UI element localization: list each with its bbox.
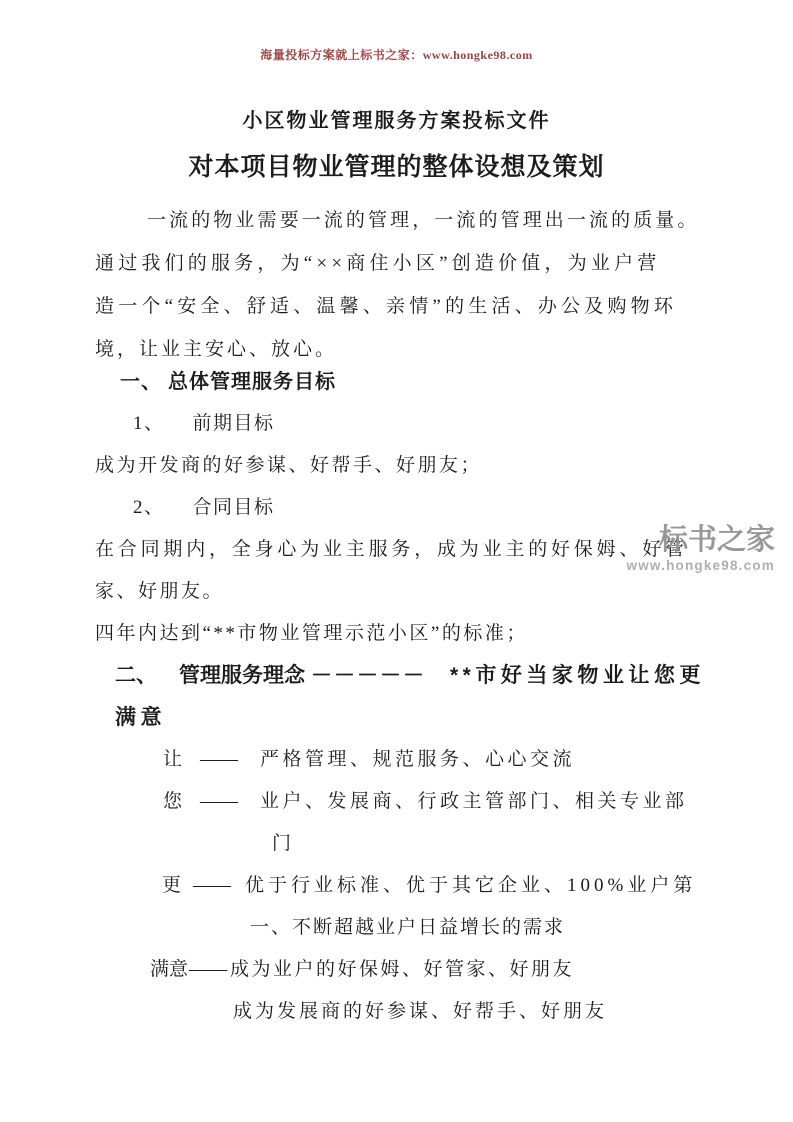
intro-line: 通过我们的服务，为“××商住小区”创造价值，为业户营 (95, 242, 707, 285)
watermark-url: www.hongke98.com (627, 557, 775, 574)
section1-sub2-heading: 2、合同目标 (95, 487, 707, 529)
term-dash: —— (189, 959, 227, 980)
sub2-number: 2、 (133, 497, 165, 518)
section1-heading-text: 总体管理服务目标 (168, 371, 336, 393)
sub2-extra-line: 四年内达到“**市物业管理示范小区”的标准； (95, 613, 707, 655)
sub1-body: 成为开发商的好参谋、好帮手、好朋友； (95, 445, 707, 487)
header-note: 海量投标方案就上标书之家：www.hongke98.com (0, 46, 793, 63)
term-label: 满意 (150, 959, 188, 980)
body-content: 一、总体管理服务目标 1、前期目标 成为开发商的好参谋、好帮手、好朋友； 2、合… (95, 361, 707, 1033)
term-definition: 成为业户的好保姆、好管家、好朋友 (230, 959, 574, 980)
term-definition: 严格管理、规范服务、心心交流 (260, 749, 575, 770)
intro-paragraph: 一流的物业需要一流的管理，一流的管理出一流的质量。 通过我们的服务，为“××商住… (95, 199, 707, 371)
term-row: 您——业户、发展商、行政主管部门、相关专业部 (95, 781, 707, 823)
term-row: 让——严格管理、规范服务、心心交流 (95, 739, 707, 781)
section2-heading-tail: **市好当家物业让您更 (450, 664, 705, 687)
intro-line: 造一个“安全、舒适、温馨、亲情”的生活、办公及购物环 (95, 285, 707, 328)
sub1-number: 1、 (133, 413, 165, 434)
term-dash: —— (193, 875, 231, 896)
term-row: 更——优于行业标准、优于其它企业、100%业户第 (95, 865, 707, 907)
document-page: 海量投标方案就上标书之家：www.hongke98.com 小区物业管理服务方案… (0, 0, 793, 1122)
term-label: 您 (163, 791, 182, 812)
term-definition-wrap: 一、不断超越业户日益增长的需求 (95, 907, 707, 949)
term-dash: —— (200, 749, 238, 770)
watermark: 标书之家 www.hongke98.com (627, 523, 775, 574)
main-title: 对本项目物业管理的整体设想及策划 (0, 147, 793, 183)
term-definition: 优于行业标准、优于其它企业、100%业户第 (245, 875, 696, 896)
section2-heading-text: 管理服务理念 (179, 664, 305, 687)
section2-heading: 二、管理服务理念－－－－－**市好当家物业让您更 (95, 655, 707, 697)
sub2-body-line: 在合同期内，全身心为业主服务，成为业主的好保姆、好管 (95, 529, 707, 571)
heading-dashes: －－－－－ (311, 664, 426, 687)
watermark-brand: 标书之家 (627, 523, 775, 557)
section1-number: 一、 (120, 371, 162, 393)
doc-title: 小区物业管理服务方案投标文件 (0, 104, 793, 133)
term-definition-wrap: 门 (95, 823, 707, 865)
section1-sub1-heading: 1、前期目标 (95, 403, 707, 445)
sub2-body-line: 家、好朋友。 (95, 571, 707, 613)
intro-line: 一流的物业需要一流的管理，一流的管理出一流的质量。 (95, 199, 707, 242)
term-definition-wrap: 成为发展商的好参谋、好帮手、好朋友 (95, 991, 707, 1033)
sub2-title: 合同目标 (193, 497, 275, 518)
term-label: 让 (163, 749, 182, 770)
term-label: 更 (162, 875, 181, 896)
section2-heading-wrap: 满意 (95, 697, 707, 739)
term-definition: 业户、发展商、行政主管部门、相关专业部 (260, 791, 688, 812)
sub1-title: 前期目标 (193, 413, 275, 434)
section2-number: 二、 (115, 664, 157, 687)
term-row: 满意——成为业户的好保姆、好管家、好朋友 (95, 949, 707, 991)
section1-heading: 一、总体管理服务目标 (95, 361, 707, 403)
term-dash: —— (200, 791, 238, 812)
